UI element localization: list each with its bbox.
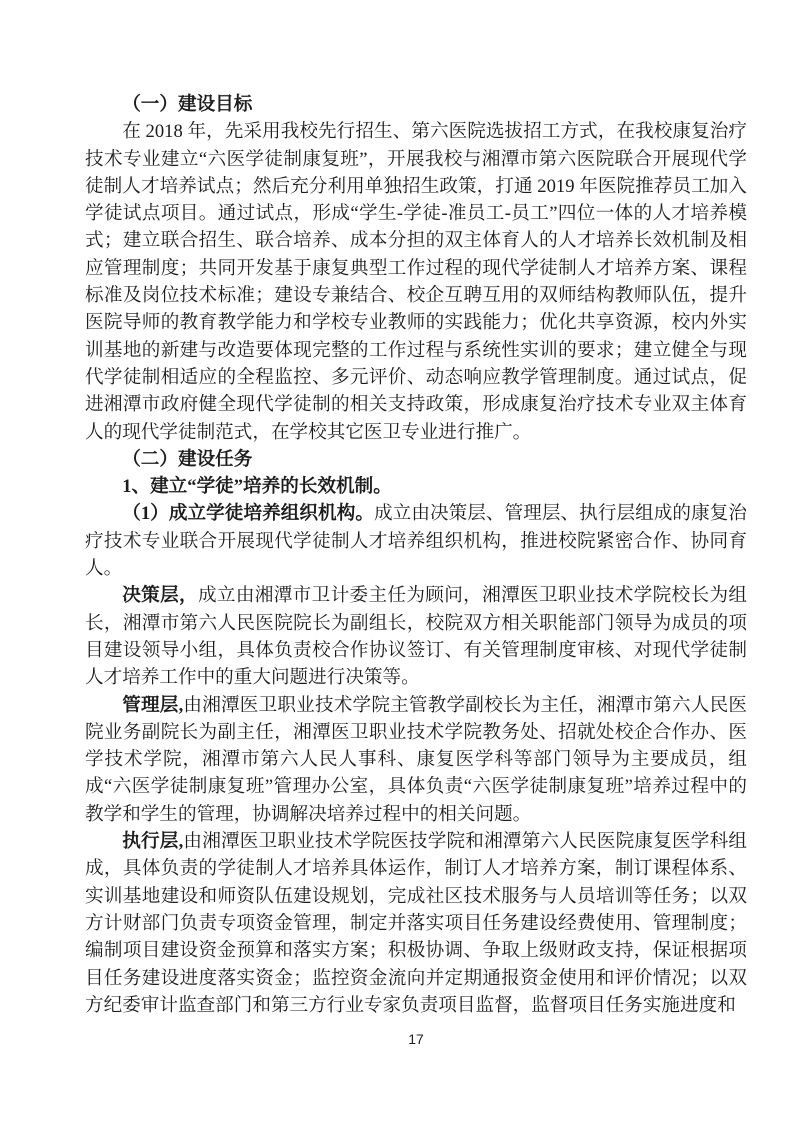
page-number: 17 <box>85 1031 747 1047</box>
section-heading: （二）建设任务 <box>85 446 747 473</box>
heading-text: 1、建立“学徒”培养的长效机制。 <box>122 476 392 497</box>
document-content: （一）建设目标在 2018 年，先采用我校先行招生、第六医院选拔招工方式，在我校… <box>85 91 747 1019</box>
paragraph-lead-bold-text: 执行层, <box>122 831 183 852</box>
paragraph: 在 2018 年，先采用我校先行招生、第六医院选拔招工方式，在我校康复治疗技术专… <box>85 118 747 446</box>
section-heading: 1、建立“学徒”培养的长效机制。 <box>85 473 747 500</box>
paragraph-lead-bold-text: 决策层， <box>122 585 198 606</box>
document-page: （一）建设目标在 2018 年，先采用我校先行招生、第六医院选拔招工方式，在我校… <box>0 0 793 1122</box>
paragraph-text: 由湘潭医卫职业技术学院医技学院和湘潭第六人民医院康复医学科组成，具体负责的学徒制… <box>85 831 747 1016</box>
paragraph-text: 由湘潭医卫职业技术学院主管教学副校长为主任，湘潭市第六人民医院业务副院长为副主任… <box>85 695 747 825</box>
paragraph: 管理层,由湘潭医卫职业技术学院主管教学副校长为主任，湘潭市第六人民医院业务副院长… <box>85 692 747 828</box>
heading-text: （一）建设目标 <box>122 94 252 115</box>
paragraph-lead-bold-text: （1）成立学徒培养组织机构。 <box>122 503 374 524</box>
heading-text: （二）建设任务 <box>122 449 252 470</box>
paragraph: （1）成立学徒培养组织机构。成立由决策层、管理层、执行层组成的康复治疗技术专业联… <box>85 500 747 582</box>
paragraph-text: 在 2018 年，先采用我校先行招生、第六医院选拔招工方式，在我校康复治疗技术专… <box>85 121 747 442</box>
section-heading: （一）建设目标 <box>85 91 747 118</box>
paragraph-lead-bold-text: 管理层, <box>122 695 183 716</box>
paragraph: 决策层，成立由湘潭市卫计委主任为顾问，湘潭医卫职业技术学院校长为组长，湘潭市第六… <box>85 582 747 691</box>
paragraph: 执行层,由湘潭医卫职业技术学院医技学院和湘潭第六人民医院康复医学科组成，具体负责… <box>85 828 747 1019</box>
